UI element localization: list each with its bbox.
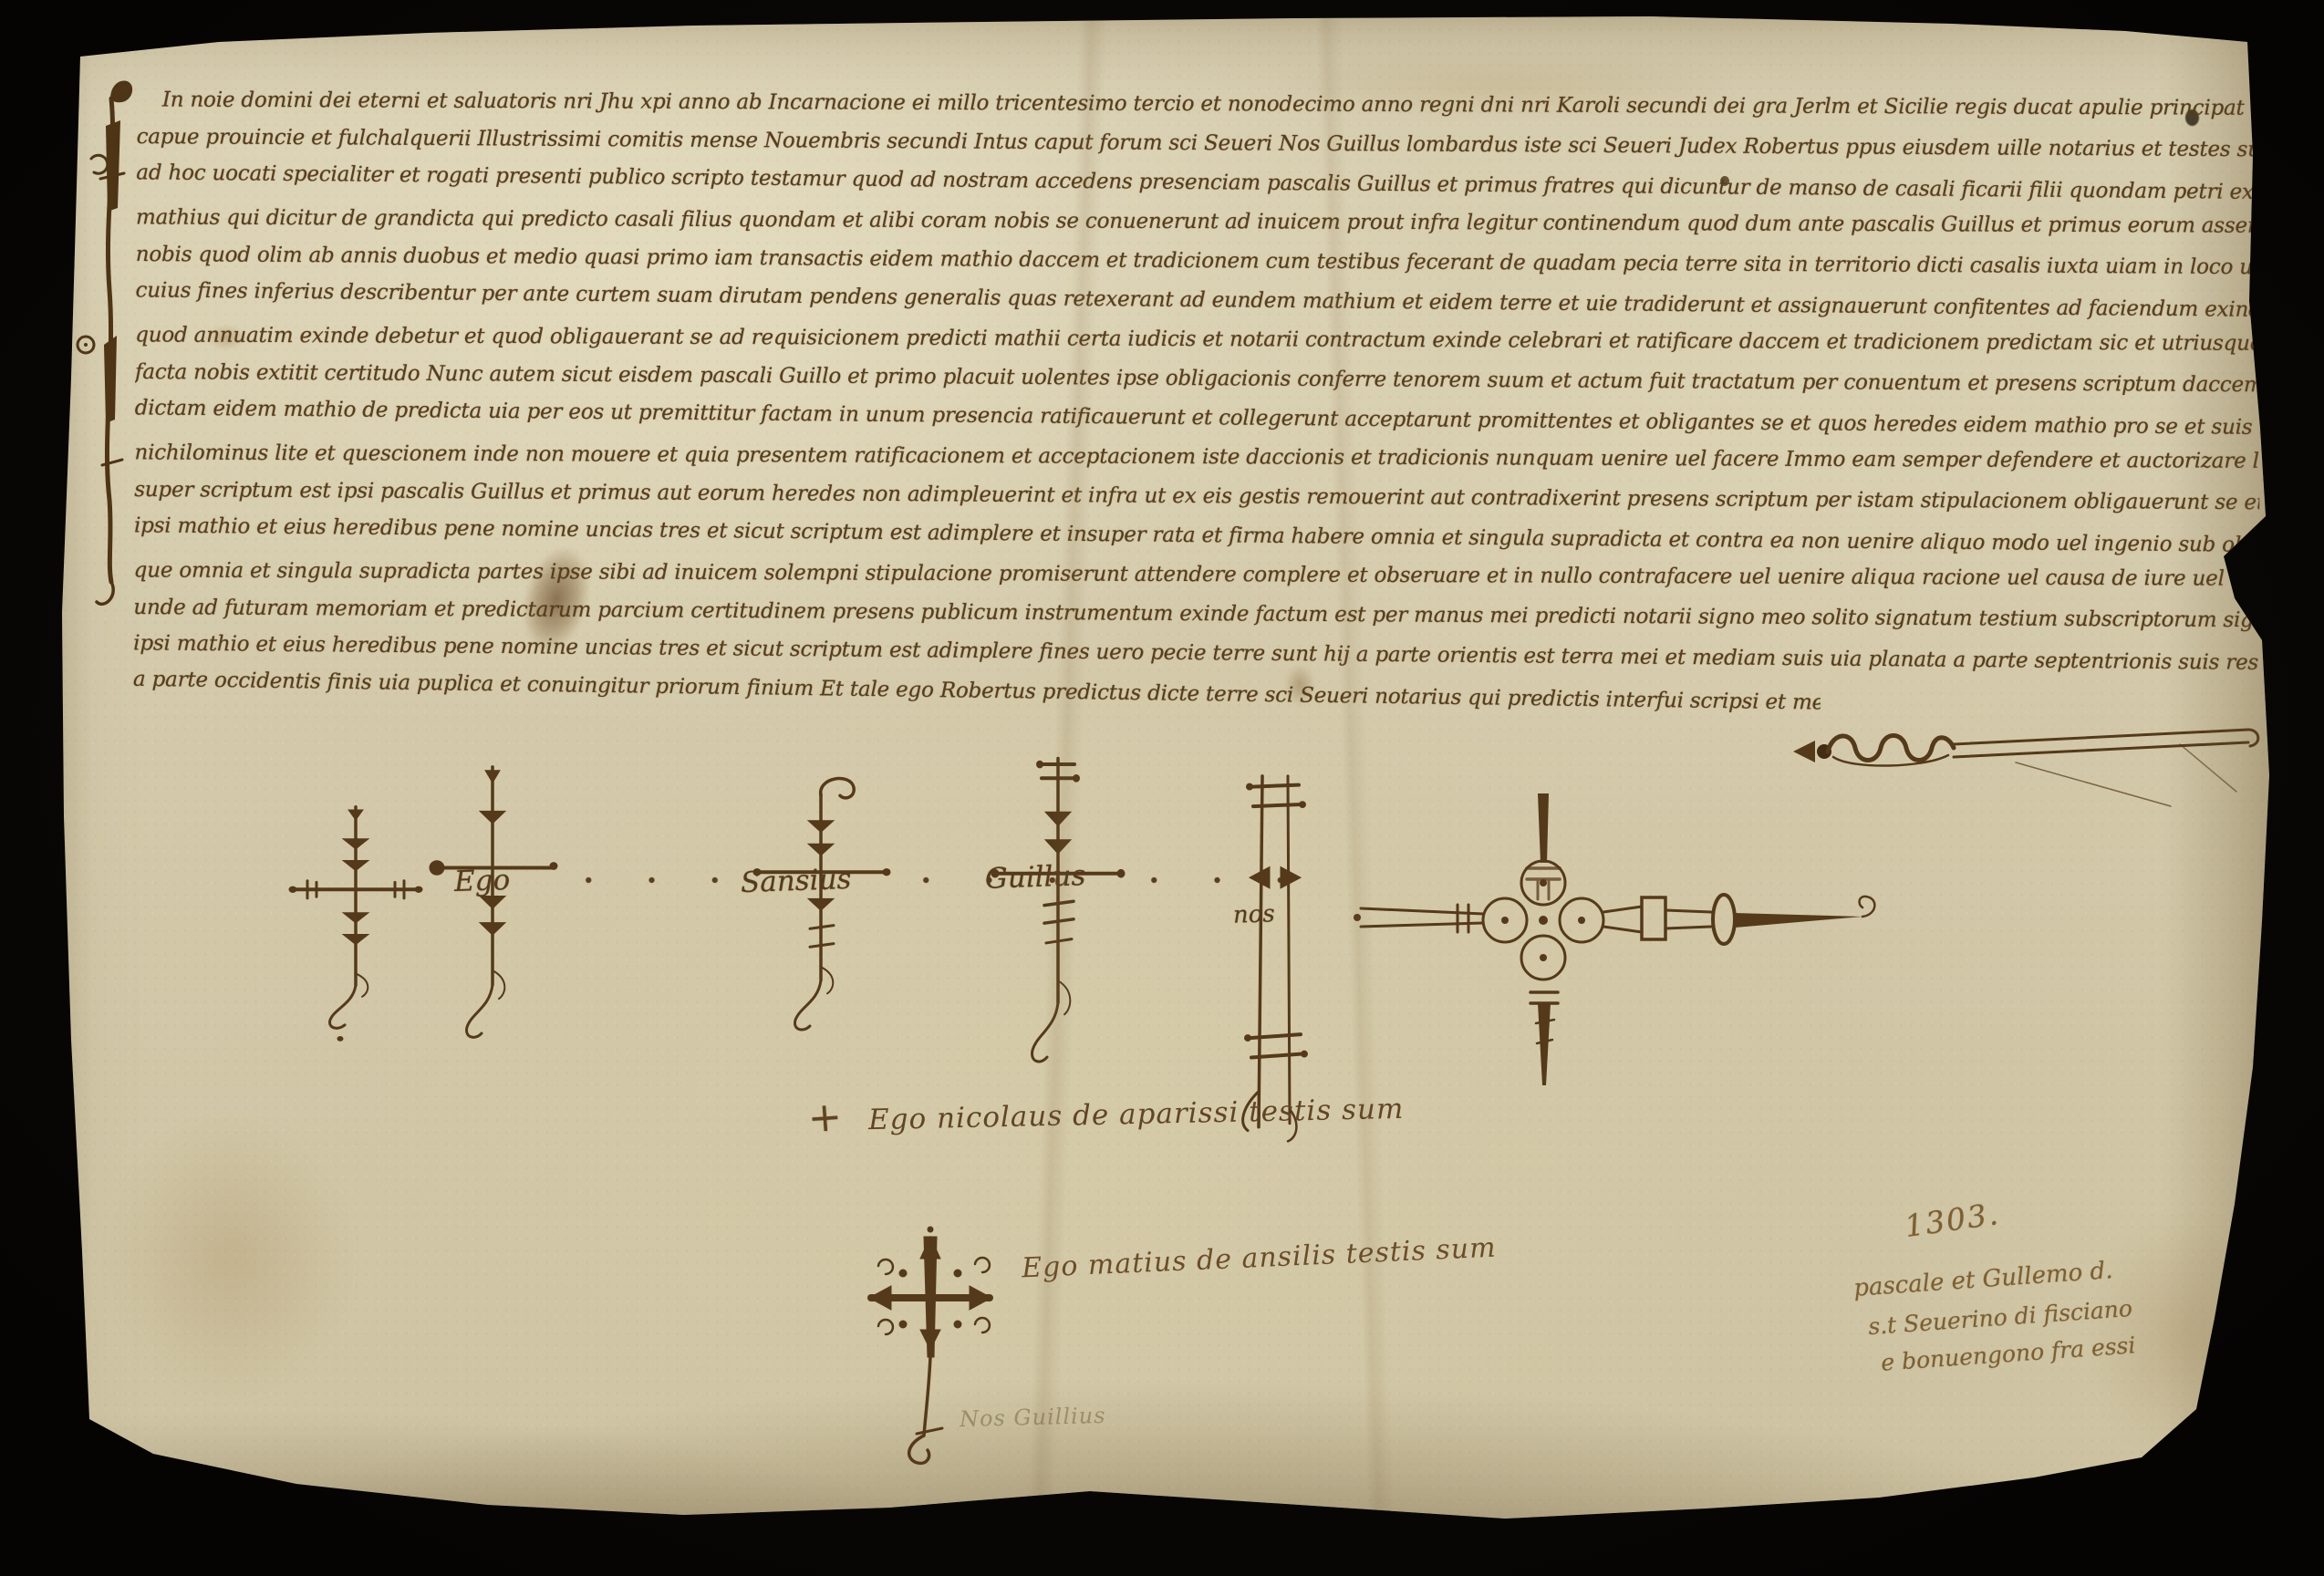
annotation-line: pascale et Gullemo d. xyxy=(1852,1257,2113,1302)
annotation-line: s.t Seuerino di fisciano xyxy=(1867,1295,2132,1340)
charter-text-block: In noie domini dei eterni et saluatoris … xyxy=(133,78,2262,719)
damp-stain xyxy=(108,1117,354,1400)
separator-dots: · · · xyxy=(582,855,740,905)
witness-cross-label: Sansius xyxy=(740,863,852,899)
witness-cross-sign xyxy=(287,803,424,1049)
witness-cross-sign xyxy=(748,771,894,1053)
photo-backdrop: In noie domini dei eterni et saluatoris … xyxy=(0,0,2324,1576)
witness-cross-sign xyxy=(990,752,1126,1090)
witness-cross-label: Ego xyxy=(453,864,510,898)
witness-signature: Ego matius de ansilis testis sum xyxy=(1021,1232,1497,1285)
parchment-charter: In noie domini dei eterni et saluatoris … xyxy=(0,0,2324,1576)
witness-cross-label: nos xyxy=(1232,900,1275,929)
signature-cross-mark: + xyxy=(806,1094,843,1142)
notary-cross-sign xyxy=(1350,783,1888,1093)
faint-marginal-note: Nos Guillius xyxy=(960,1403,1106,1432)
witness-cross-label: Guillus xyxy=(984,859,1086,896)
annotation-line: e bonuengono fra essi xyxy=(1880,1332,2136,1375)
witness-cross-sign xyxy=(424,762,561,1063)
signature-ornate-cross xyxy=(853,1220,1008,1485)
annotation-year: 1303. xyxy=(1903,1196,2002,1244)
